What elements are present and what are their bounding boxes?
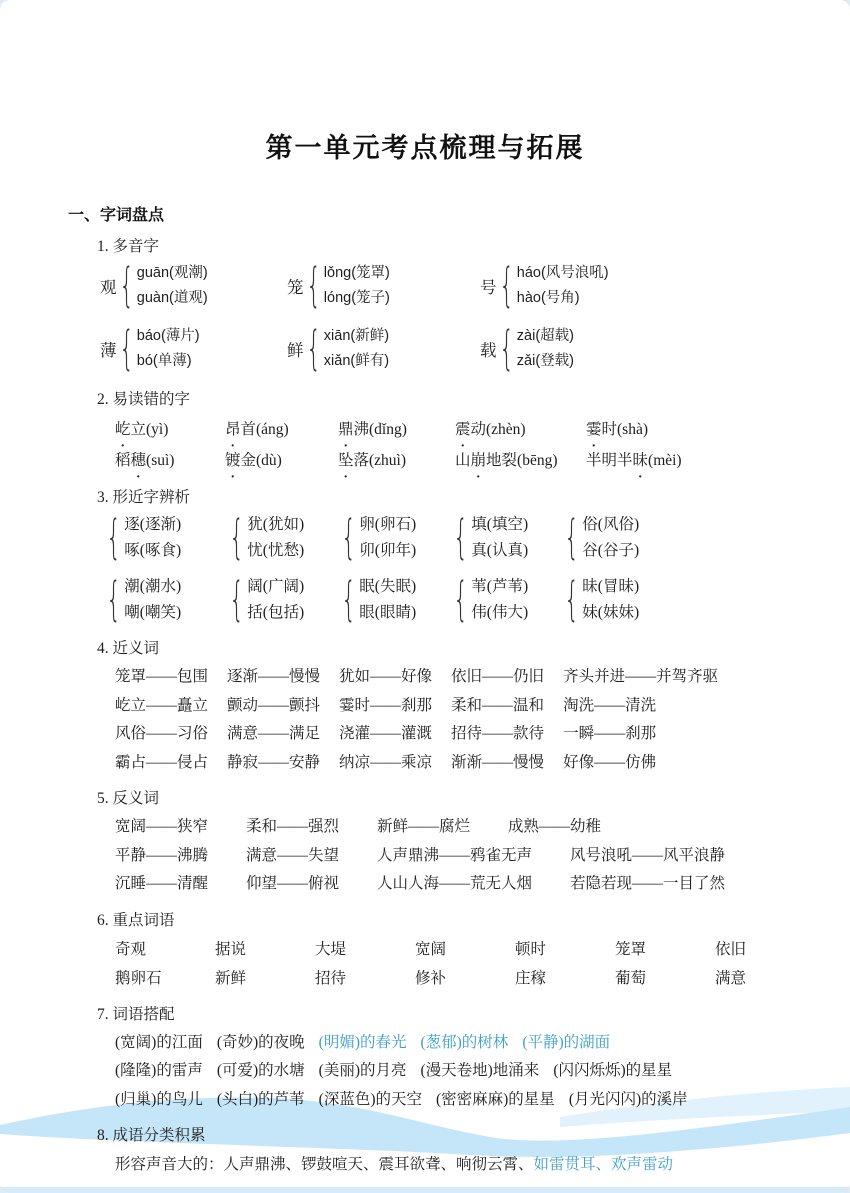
antonyms-row: 沉睡——清醒仰望——俯视人山人海——荒无人烟若隐若现——一目了然 bbox=[115, 870, 782, 899]
similar-pair: {逐(逐渐)啄(啄食) bbox=[105, 512, 228, 564]
emphasized-character: 霎 bbox=[586, 414, 602, 445]
reading-line: lǒng(笼罩) bbox=[324, 261, 390, 286]
collocations-row: (隆隆)的雷声(可爱)的水塘(美丽)的月亮(漫天卷地)地涌来(闪闪烁烁)的星星 bbox=[115, 1057, 782, 1086]
emphasized-character: 屹 bbox=[115, 414, 131, 445]
collocations-row: (归巢)的鸟儿(头白)的芦苇(深蓝色)的天空(密密麻麻)的星星(月光闪闪)的溪岸 bbox=[115, 1086, 782, 1115]
brace-glyph: { bbox=[306, 265, 321, 306]
page-content: 第一单元考点梳理与拓展 一、字词盘点 1. 多音字 观{guān(观潮)guàn… bbox=[0, 126, 850, 1180]
brace-glyph: { bbox=[306, 328, 321, 369]
reading-line: hào(号角) bbox=[517, 286, 609, 311]
synonym-pair: 招待——款待 bbox=[451, 720, 544, 749]
polyphonic-entry: 笼{lǒng(笼罩)lóng(笼子) bbox=[287, 261, 480, 311]
subheading-similar-characters: 3. 形近字辨析 bbox=[97, 485, 782, 507]
synonym-pair: 满意——满足 bbox=[227, 720, 320, 749]
brace-glyph: { bbox=[564, 517, 579, 558]
idiom-line: 形容声音大的：人声鼎沸、锣鼓喧天、震耳欲聋、响彻云霄、如雷贯耳、欢声雷动 bbox=[115, 1150, 782, 1180]
misread-word: 屹立(yì) bbox=[115, 414, 225, 445]
similar-characters-row: {潮(潮水)嘲(嘲笑){阔(广阔)括(包括){眠(失眠)眼(眼睛){苇(芦苇)伟… bbox=[105, 574, 782, 626]
headword: 笼 bbox=[287, 274, 304, 298]
synonym-pair: 笼罩——包围 bbox=[115, 663, 208, 692]
brace-glyph: { bbox=[229, 579, 244, 620]
collocation: (可爱)的水塘 bbox=[217, 1057, 305, 1086]
reading-line: bó(单薄) bbox=[137, 349, 200, 374]
reading-line: 逐(逐渐) bbox=[124, 512, 181, 538]
polyphonic-row: 薄{báo(薄片)bó(单薄)鲜{xiān(新鲜)xiǎn(鲜有)载{zài(超… bbox=[100, 324, 782, 374]
similar-pair: {昧(冒昧)妹(妹妹) bbox=[563, 574, 782, 626]
emphasized-character: 崩 bbox=[471, 445, 487, 476]
synonym-pair: 静寂——安静 bbox=[227, 749, 320, 778]
key-word: 奇观 bbox=[115, 935, 215, 964]
polyphonic-row: 观{guān(观潮)guàn(道观)笼{lǒng(笼罩)lóng(笼子)号{há… bbox=[100, 261, 782, 311]
synonym-pair: 渐渐——慢慢 bbox=[451, 749, 544, 778]
emphasized-character: 鼎 bbox=[338, 414, 354, 445]
reading-line: báo(薄片) bbox=[137, 324, 200, 349]
headword: 载 bbox=[480, 337, 497, 361]
subheading-synonyms: 4. 近义词 bbox=[97, 636, 782, 658]
antonyms-row: 宽阔——狭窄柔和——强烈新鲜——腐烂成熟——幼稚 bbox=[115, 813, 782, 842]
antonym-pair: 沉睡——清醒 bbox=[115, 870, 208, 899]
brace-glyph: { bbox=[119, 328, 134, 369]
misread-row: 稻穗(suì)镀金(dù)坠落(zhuì)山崩地裂(bēng)半明半昧(mèi) bbox=[115, 445, 782, 476]
key-word: 顿时 bbox=[515, 935, 615, 964]
collocations-row: (宽阔)的江面(奇妙)的夜晚(明媚)的春光(葱郁)的树林(平静)的湖面 bbox=[115, 1029, 782, 1058]
synonyms-row: 屹立——矗立颤动——颤抖霎时——刹那柔和——温和淘洗——清洗 bbox=[115, 692, 782, 721]
misread-word: 霎时(shà) bbox=[586, 414, 782, 445]
collocation: (美丽)的月亮 bbox=[319, 1057, 407, 1086]
synonym-pair: 淘洗——清洗 bbox=[563, 692, 656, 721]
brace-glyph: { bbox=[229, 517, 244, 558]
reading-line: xiǎn(鲜有) bbox=[324, 349, 389, 374]
key-word: 大堤 bbox=[315, 935, 415, 964]
collocation: (隆隆)的雷声 bbox=[115, 1057, 203, 1086]
key-word: 招待 bbox=[315, 964, 415, 993]
brace-glyph: { bbox=[106, 579, 121, 620]
brace-glyph: { bbox=[453, 579, 468, 620]
collocation: (闪闪烁烁)的星星 bbox=[553, 1057, 672, 1086]
headword: 鲜 bbox=[287, 337, 304, 361]
antonym-pair: 平静——沸腾 bbox=[115, 842, 208, 871]
reading-line: 括(包括) bbox=[247, 600, 304, 626]
collocation: (月光闪闪)的溪岸 bbox=[569, 1086, 688, 1115]
subheading-misread-characters: 2. 易读错的字 bbox=[97, 387, 782, 409]
misread-word: 山崩地裂(bēng) bbox=[455, 445, 586, 476]
similar-pair: {犹(犹如)忧(忧愁) bbox=[228, 512, 340, 564]
antonyms-row: 平静——沸腾满意——失望人声鼎沸——鸦雀无声风号浪吼——风平浪静 bbox=[115, 842, 782, 871]
misread-word: 震动(zhèn) bbox=[455, 414, 586, 445]
synonym-pair: 霎时——刹那 bbox=[339, 692, 432, 721]
key-word: 依旧 bbox=[715, 935, 782, 964]
collocation: (葱郁)的树林 bbox=[420, 1029, 508, 1058]
section-heading-word-inventory: 一、字词盘点 bbox=[68, 202, 782, 225]
antonym-pair: 成熟——幼稚 bbox=[508, 813, 601, 842]
misread-word: 昂首(áng) bbox=[225, 414, 338, 445]
antonym-pair: 新鲜——腐烂 bbox=[377, 813, 470, 842]
reading-line: zài(超载) bbox=[517, 324, 574, 349]
reading-line: 忧(忧愁) bbox=[247, 538, 304, 564]
antonym-pair: 柔和——强烈 bbox=[246, 813, 339, 842]
document-page: 第一单元考点梳理与拓展 一、字词盘点 1. 多音字 观{guān(观潮)guàn… bbox=[0, 0, 850, 1193]
synonyms-row: 霸占——侵占静寂——安静纳凉——乘凉渐渐——慢慢好像——仿佛 bbox=[115, 749, 782, 778]
reading-line: 昧(冒昧) bbox=[582, 574, 639, 600]
misread-word: 坠落(zhuì) bbox=[338, 445, 455, 476]
reading-line: 苇(芦苇) bbox=[471, 574, 528, 600]
misread-word: 稻穗(suì) bbox=[115, 445, 225, 476]
reading-line: 阔(广阔) bbox=[247, 574, 304, 600]
reading-line: lóng(笼子) bbox=[324, 286, 390, 311]
subheading-collocations: 7. 词语搭配 bbox=[97, 1002, 782, 1024]
similar-pair: {卵(卵石)卯(卯年) bbox=[340, 512, 452, 564]
emphasized-character: 震 bbox=[455, 414, 471, 445]
idiom-line-black: 形容声音大的：人声鼎沸、锣鼓喧天、震耳欲聋、响彻云霄、 bbox=[115, 1156, 534, 1173]
reading-line: 伟(伟大) bbox=[471, 600, 528, 626]
synonym-pair: 纳凉——乘凉 bbox=[339, 749, 432, 778]
key-word: 鹅卵石 bbox=[115, 964, 215, 993]
similar-pair: {潮(潮水)嘲(嘲笑) bbox=[105, 574, 228, 626]
brace-glyph: { bbox=[341, 579, 356, 620]
brace-glyph: { bbox=[341, 517, 356, 558]
subheading-antonyms: 5. 反义词 bbox=[97, 786, 782, 808]
reading-line: 卯(卯年) bbox=[359, 538, 416, 564]
synonym-pair: 风俗——习俗 bbox=[115, 720, 208, 749]
misread-word: 鼎沸(dǐng) bbox=[338, 414, 455, 445]
key-words-row: 奇观据说大堤宽阔顿时笼罩依旧 bbox=[115, 935, 782, 964]
idiom-line-blue: 如雷贯耳、欢声雷动 bbox=[534, 1156, 674, 1173]
reading-line: 真(认真) bbox=[471, 538, 528, 564]
similar-pair: {填(填空)真(认真) bbox=[452, 512, 563, 564]
key-words-row: 鹅卵石新鲜招待修补庄稼葡萄满意 bbox=[115, 964, 782, 993]
synonym-pair: 浇灌——灌溉 bbox=[339, 720, 432, 749]
synonym-pair: 依旧——仍旧 bbox=[451, 663, 544, 692]
reading-line: 填(填空) bbox=[471, 512, 528, 538]
similar-pair: {俗(风俗)谷(谷子) bbox=[563, 512, 782, 564]
brace-glyph: { bbox=[499, 328, 514, 369]
key-word: 笼罩 bbox=[615, 935, 715, 964]
antonym-pair: 人山人海——荒无人烟 bbox=[377, 870, 532, 899]
antonym-pair: 人声鼎沸——鸦雀无声 bbox=[377, 842, 532, 871]
synonym-pair: 一瞬——刹那 bbox=[563, 720, 656, 749]
similar-characters-row: {逐(逐渐)啄(啄食){犹(犹如)忧(忧愁){卵(卵石)卯(卯年){填(填空)真… bbox=[105, 512, 782, 564]
reading-line: xiān(新鲜) bbox=[324, 324, 389, 349]
collocation: (奇妙)的夜晚 bbox=[217, 1029, 305, 1058]
emphasized-character: 镀 bbox=[225, 445, 241, 476]
reading-line: 卵(卵石) bbox=[359, 512, 416, 538]
reading-line: guàn(道观) bbox=[137, 286, 208, 311]
similar-pair: {眠(失眠)眼(眼睛) bbox=[340, 574, 452, 626]
synonym-pair: 柔和——温和 bbox=[451, 692, 544, 721]
synonym-pair: 逐渐——慢慢 bbox=[227, 663, 320, 692]
key-word: 庄稼 bbox=[515, 964, 615, 993]
collocation: (宽阔)的江面 bbox=[115, 1029, 203, 1058]
brace-glyph: { bbox=[453, 517, 468, 558]
key-word: 宽阔 bbox=[415, 935, 515, 964]
headword: 号 bbox=[480, 274, 497, 298]
subheading-idiom-accumulation: 8. 成语分类积累 bbox=[97, 1123, 782, 1145]
misread-word: 镀金(dù) bbox=[225, 445, 338, 476]
collocation: (明媚)的春光 bbox=[319, 1029, 407, 1058]
synonym-pair: 好像——仿佛 bbox=[563, 749, 656, 778]
subheading-polyphonic-characters: 1. 多音字 bbox=[97, 234, 782, 256]
brace-glyph: { bbox=[499, 265, 514, 306]
collocation: (密密麻麻)的星星 bbox=[436, 1086, 555, 1115]
antonym-pair: 仰望——俯视 bbox=[246, 870, 339, 899]
reading-line: 潮(潮水) bbox=[124, 574, 181, 600]
subheading-key-words: 6. 重点词语 bbox=[97, 908, 782, 930]
emphasized-character: 昧 bbox=[633, 445, 649, 476]
polyphonic-entry: 薄{báo(薄片)bó(单薄) bbox=[100, 324, 287, 374]
synonyms-row: 笼罩——包围逐渐——慢慢犹如——好像依旧——仍旧齐头并进——并驾齐驱 bbox=[115, 663, 782, 692]
collocation: (漫天卷地)地涌来 bbox=[420, 1057, 539, 1086]
synonym-pair: 齐头并进——并驾齐驱 bbox=[563, 663, 718, 692]
headword: 观 bbox=[100, 274, 117, 298]
polyphonic-entry: 载{zài(超载)zǎi(登载) bbox=[480, 324, 782, 374]
synonym-pair: 屹立——矗立 bbox=[115, 692, 208, 721]
synonyms-row: 风俗——习俗满意——满足浇灌——灌溉招待——款待一瞬——刹那 bbox=[115, 720, 782, 749]
page-title: 第一单元考点梳理与拓展 bbox=[68, 126, 782, 165]
reading-line: 犹(犹如) bbox=[247, 512, 304, 538]
collocation: (头白)的芦苇 bbox=[217, 1086, 305, 1115]
reading-line: 眠(失眠) bbox=[359, 574, 416, 600]
emphasized-character: 昂 bbox=[225, 414, 241, 445]
key-word: 据说 bbox=[215, 935, 315, 964]
polyphonic-entry: 鲜{xiān(新鲜)xiǎn(鲜有) bbox=[287, 324, 480, 374]
key-word: 满意 bbox=[715, 964, 782, 993]
reading-line: 眼(眼睛) bbox=[359, 600, 416, 626]
collocation: (归巢)的鸟儿 bbox=[115, 1086, 203, 1115]
collocation: (平静)的湖面 bbox=[522, 1029, 610, 1058]
brace-glyph: { bbox=[119, 265, 134, 306]
headword: 薄 bbox=[100, 337, 117, 361]
antonym-pair: 宽阔——狭窄 bbox=[115, 813, 208, 842]
key-word: 修补 bbox=[415, 964, 515, 993]
synonym-pair: 犹如——好像 bbox=[339, 663, 432, 692]
reading-line: 俗(风俗) bbox=[582, 512, 639, 538]
reading-line: háo(风号浪吼) bbox=[517, 261, 609, 286]
reading-line: guān(观潮) bbox=[137, 261, 208, 286]
antonym-pair: 满意——失望 bbox=[246, 842, 339, 871]
brace-glyph: { bbox=[564, 579, 579, 620]
similar-pair: {阔(广阔)括(包括) bbox=[228, 574, 340, 626]
antonym-pair: 风号浪吼——风平浪静 bbox=[570, 842, 725, 871]
emphasized-character: 穗 bbox=[131, 445, 147, 476]
reading-line: 啄(啄食) bbox=[124, 538, 181, 564]
polyphonic-entry: 观{guān(观潮)guàn(道观) bbox=[100, 261, 287, 311]
synonym-pair: 颤动——颤抖 bbox=[227, 692, 320, 721]
key-word: 新鲜 bbox=[215, 964, 315, 993]
emphasized-character: 坠 bbox=[338, 445, 354, 476]
brace-glyph: { bbox=[106, 517, 121, 558]
reading-line: zǎi(登载) bbox=[517, 349, 574, 374]
collocation: (深蓝色)的天空 bbox=[319, 1086, 422, 1115]
polyphonic-entry: 号{háo(风号浪吼)hào(号角) bbox=[480, 261, 782, 311]
reading-line: 谷(谷子) bbox=[582, 538, 639, 564]
synonym-pair: 霸占——侵占 bbox=[115, 749, 208, 778]
misread-word: 半明半昧(mèi) bbox=[586, 445, 782, 476]
similar-pair: {苇(芦苇)伟(伟大) bbox=[452, 574, 563, 626]
reading-line: 妹(妹妹) bbox=[582, 600, 639, 626]
reading-line: 嘲(嘲笑) bbox=[124, 600, 181, 626]
antonym-pair: 若隐若现——一目了然 bbox=[570, 870, 725, 899]
key-word: 葡萄 bbox=[615, 964, 715, 993]
misread-row: 屹立(yì)昂首(áng)鼎沸(dǐng)震动(zhèn)霎时(shà) bbox=[115, 414, 782, 445]
